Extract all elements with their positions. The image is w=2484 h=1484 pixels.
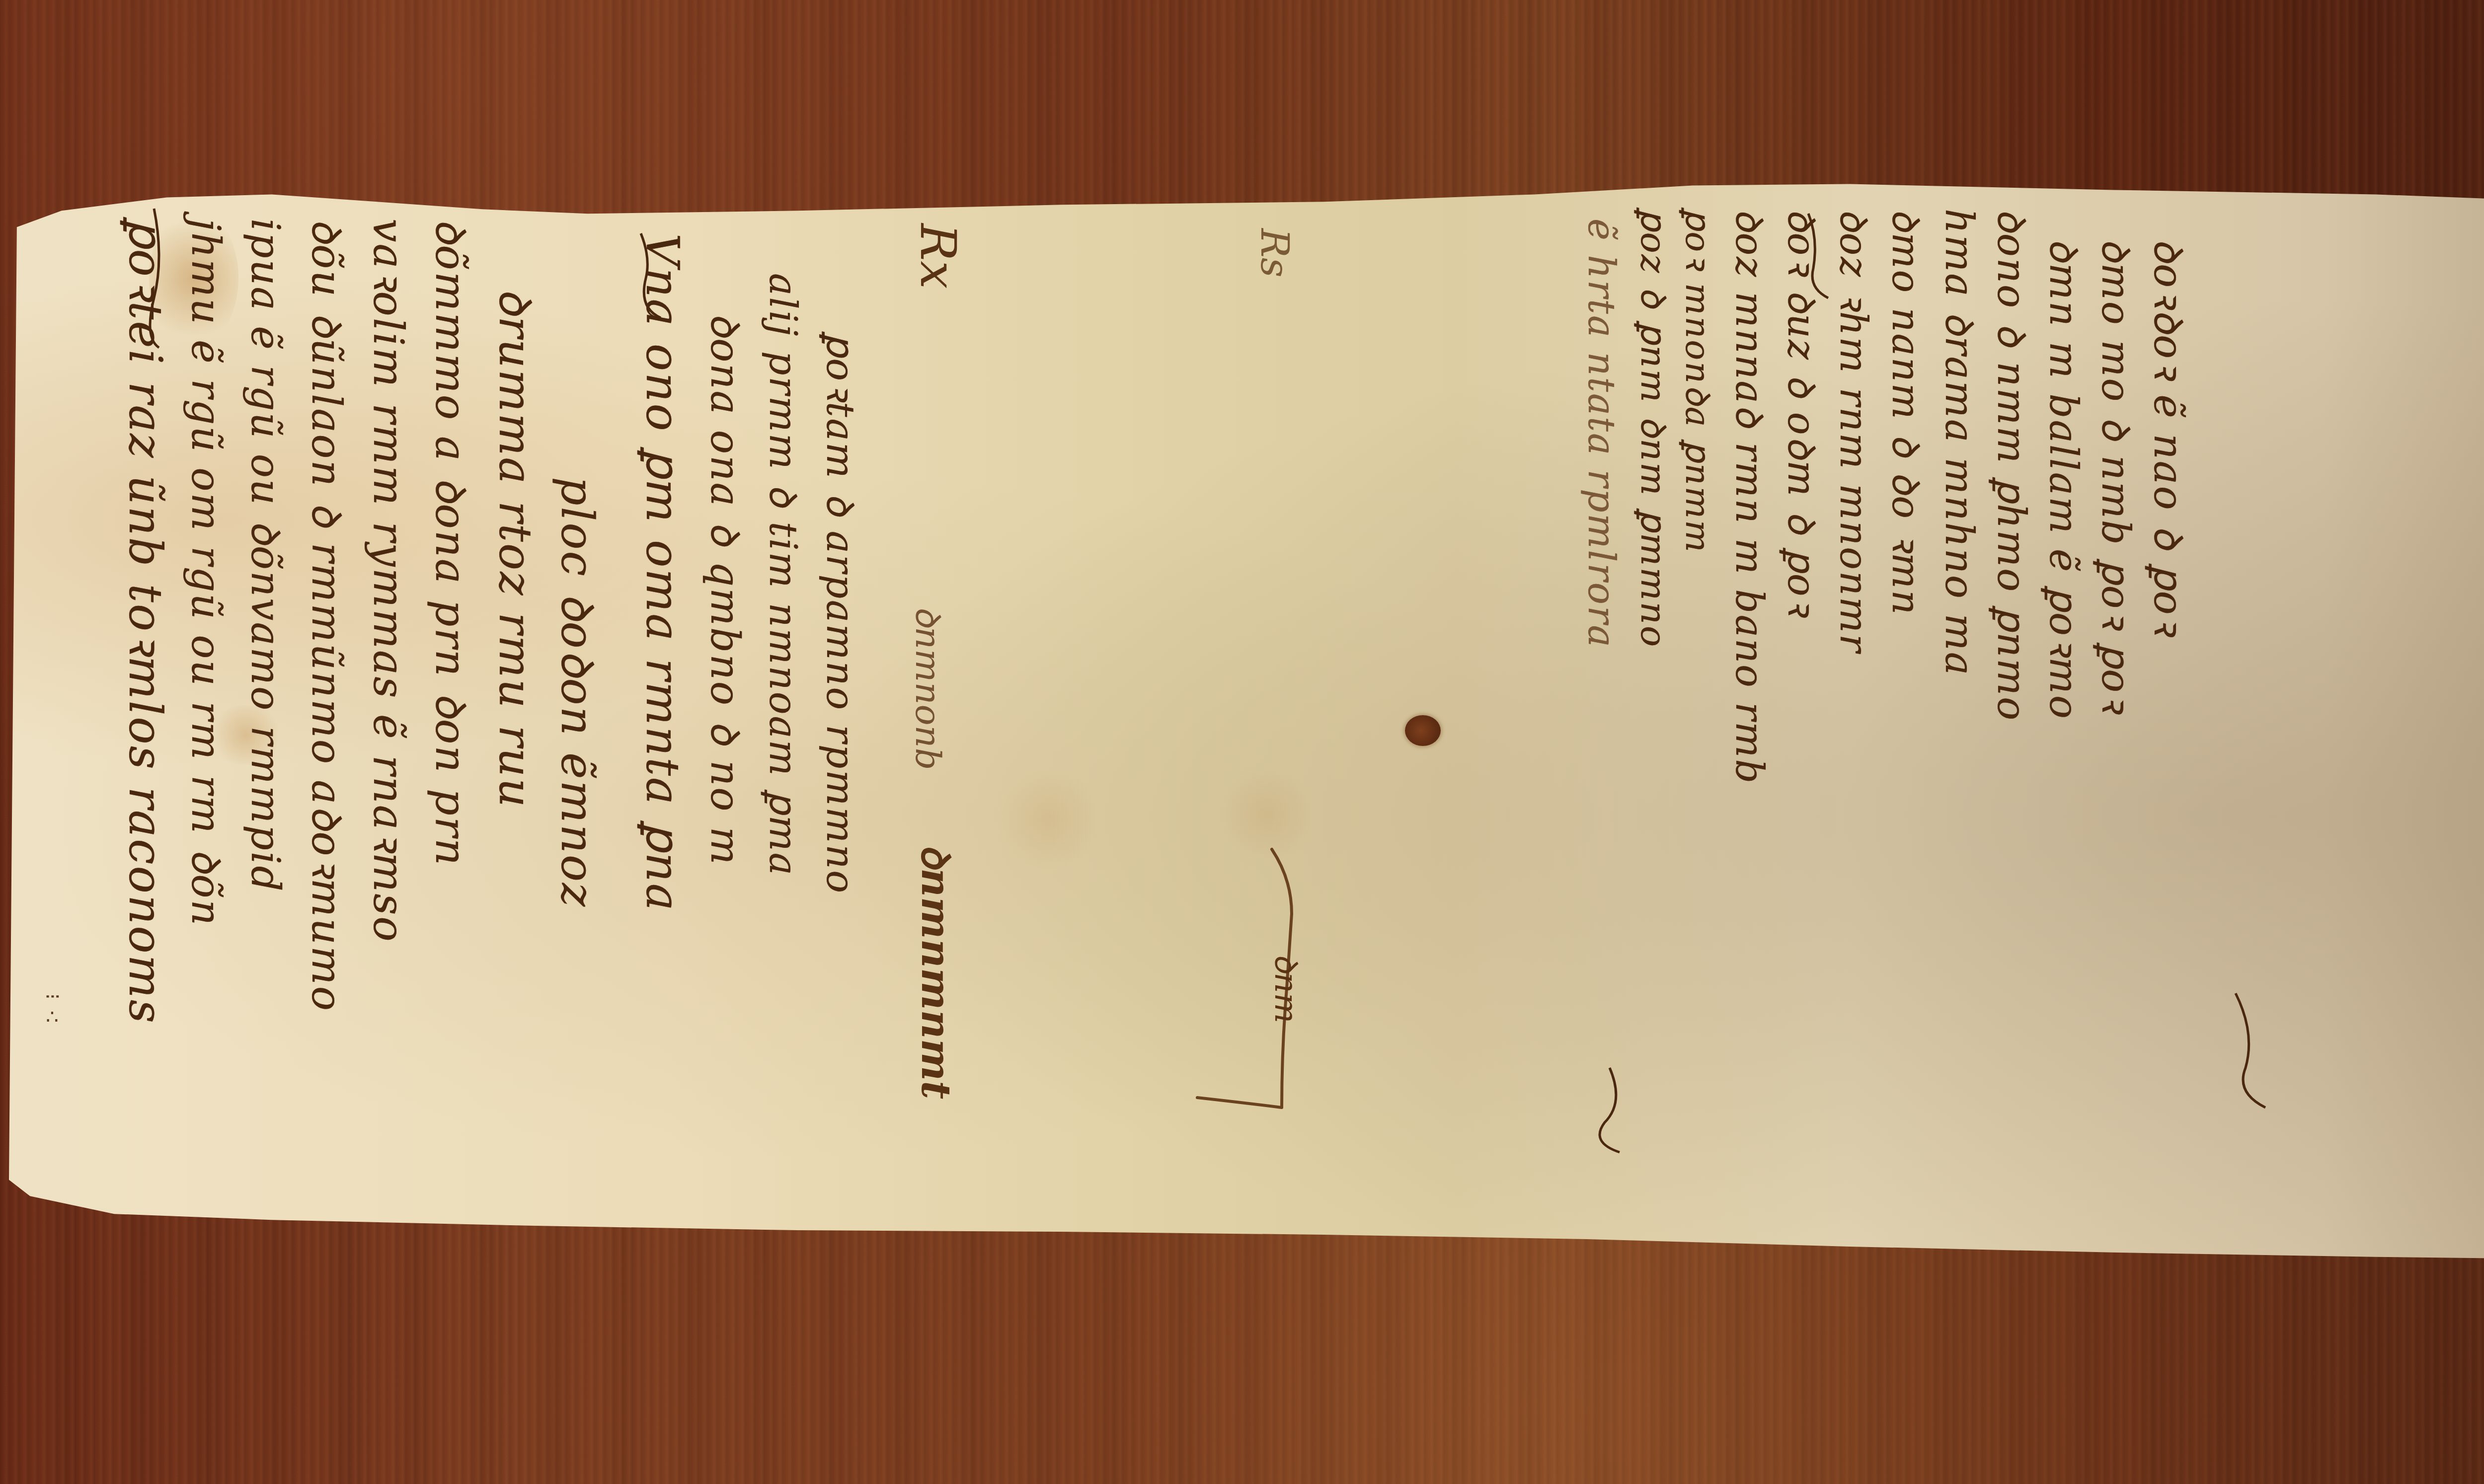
pen-flourish — [0, 0, 2484, 1484]
